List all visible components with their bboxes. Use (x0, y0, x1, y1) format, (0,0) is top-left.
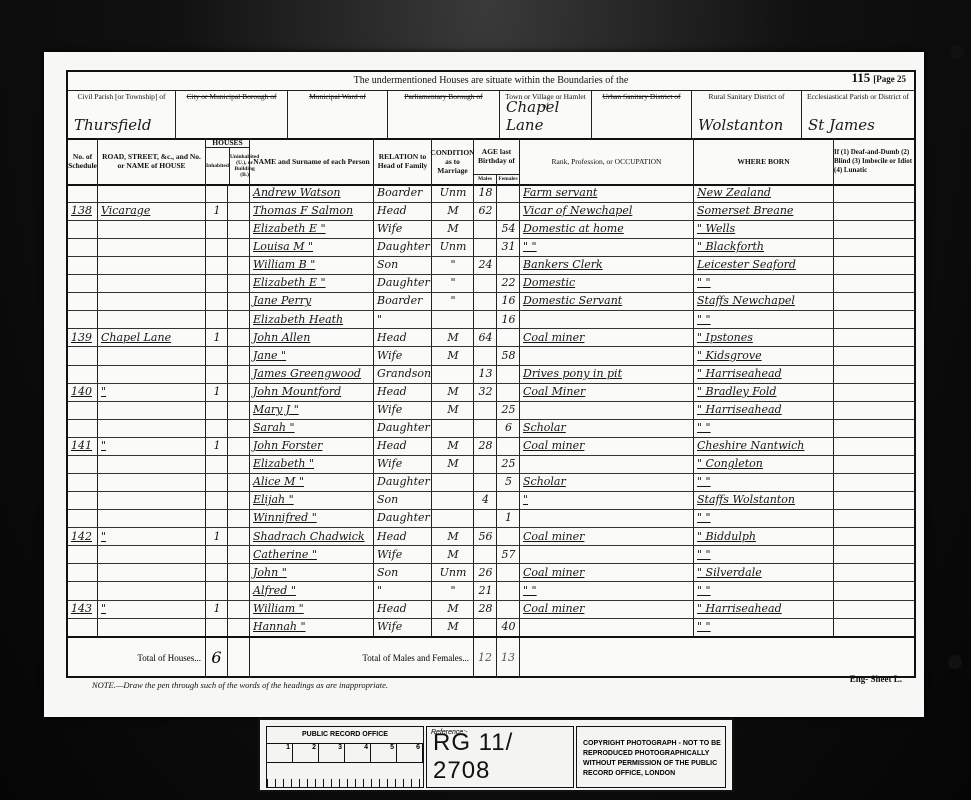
cell-inhabited: 1 (206, 600, 228, 619)
loc-label: Urban Sanitary District of (595, 92, 688, 101)
cell-male: 26 (474, 564, 497, 583)
cell-male: 13 (474, 365, 497, 384)
cell-inhabited (206, 365, 228, 384)
cell-female: 31 (497, 238, 520, 257)
cell-born: Staffs Newchapel (694, 292, 834, 311)
cell-occupation: " " (520, 238, 694, 257)
scale-number: 2 (293, 744, 319, 762)
cell-relation: Head (374, 528, 432, 547)
cell-name: John Forster (250, 437, 374, 456)
cell-name: Mary J " (250, 401, 374, 420)
cell-relation: Wife (374, 401, 432, 420)
cell-born: " Harriseahead (694, 401, 834, 420)
loc-value: Thursfield (74, 116, 151, 134)
ruler-scale (267, 763, 423, 787)
cell-schedule (68, 582, 98, 601)
cell-born: Somerset Breane (694, 202, 834, 221)
cell-condition (432, 491, 474, 510)
scale-number: 5 (371, 744, 397, 762)
cell-female (497, 184, 520, 203)
cell-name: James Greengwood (250, 365, 374, 384)
loc-urban-sanitary: Urban Sanitary District of (592, 90, 692, 138)
cell-male (474, 473, 497, 492)
cell-occupation: Coal miner (520, 528, 694, 547)
cell-female: 1 (497, 509, 520, 528)
loc-town-village: Town or Village or Hamlet ofChapel Lane (500, 90, 592, 138)
cell-female: 25 (497, 455, 520, 474)
cell-name: Louisa M " (250, 238, 374, 257)
cell-condition (432, 419, 474, 438)
col-schedule: No. of Schedule (68, 138, 98, 184)
cell-occupation: Coal miner (520, 329, 694, 348)
cell-schedule: 138 (68, 202, 98, 221)
table-row: Jane PerryBoarder"16Domestic ServantStaf… (68, 292, 914, 311)
scale-number: 6 (397, 744, 423, 762)
cell-schedule (68, 184, 98, 203)
loc-label: Rural Sanitary District of (695, 92, 798, 101)
cell-female: 25 (497, 401, 520, 420)
cell-inhabited: 1 (206, 329, 228, 348)
cell-born: New Zealand (694, 184, 834, 203)
cell-relation: Daughter (374, 274, 432, 293)
totals-row: Total of Houses... 6 Total of Males and … (68, 636, 914, 678)
cell-relation: Daughter (374, 238, 432, 257)
table-row: Alice M "Daughter5Scholar" " (68, 473, 914, 492)
table-row: Winnifred "Daughter1" " (68, 509, 914, 528)
cell-male: 32 (474, 383, 497, 402)
scale-number: 3 (319, 744, 345, 762)
cell-condition: M (432, 618, 474, 637)
cell-occupation (520, 311, 694, 330)
cell-female: 22 (497, 274, 520, 293)
cell-born: " Silverdale (694, 564, 834, 583)
cell-condition: M (432, 401, 474, 420)
cell-road (98, 274, 206, 293)
cell-schedule (68, 455, 98, 474)
cell-name: William " (250, 600, 374, 619)
total-houses-label: Total of Houses... (68, 638, 206, 678)
cell-road (98, 401, 206, 420)
cell-schedule (68, 491, 98, 510)
column-headers: No. of Schedule ROAD, STREET, &c., and N… (68, 138, 914, 186)
cell-name: Hannah " (250, 618, 374, 637)
divider (228, 638, 250, 678)
cell-male (474, 455, 497, 474)
cell-schedule (68, 238, 98, 257)
females-label: Females (497, 175, 519, 184)
cell-road (98, 220, 206, 239)
cell-inhabited (206, 509, 228, 528)
cell-born: " Ipstones (694, 329, 834, 348)
cell-occupation: Coal miner (520, 437, 694, 456)
cell-relation: Head (374, 383, 432, 402)
cell-male: 4 (474, 491, 497, 510)
cell-female: 16 (497, 292, 520, 311)
cell-born: Staffs Wolstanton (694, 491, 834, 510)
cell-name: Andrew Watson (250, 184, 374, 203)
cell-schedule (68, 509, 98, 528)
cell-female (497, 202, 520, 221)
cell-born: " " (694, 546, 834, 565)
cell-inhabited (206, 292, 228, 311)
col-occupation: Rank, Profession, or OCCUPATION (520, 138, 694, 184)
cell-female (497, 564, 520, 583)
cell-condition: M (432, 546, 474, 565)
cell-road (98, 256, 206, 275)
loc-civil-parish: Civil Parish [or Township] ofThursfield (68, 90, 176, 138)
loc-label: Civil Parish [or Township] of (71, 92, 172, 101)
table-row: Elizabeth "WifeM25" Congleton (68, 455, 914, 474)
table-row: Mary J "WifeM25" Harriseahead (68, 401, 914, 420)
col-name: NAME and Surname of each Person (250, 138, 374, 184)
cell-male: 56 (474, 528, 497, 547)
cell-road: Vicarage (98, 202, 206, 221)
cell-condition: Unm (432, 184, 474, 203)
census-page: The undermentioned Houses are situate wi… (44, 52, 924, 717)
cell-occupation: Farm servant (520, 184, 694, 203)
col-where-born: WHERE BORN (694, 138, 834, 184)
cell-male (474, 401, 497, 420)
reference-value: RG 11/ 2708 (433, 729, 573, 785)
cell-schedule: 142 (68, 528, 98, 547)
cell-occupation: Scholar (520, 419, 694, 438)
table-row: Elijah "Son4"Staffs Wolstanton (68, 491, 914, 510)
table-row: Louisa M "DaughterUnm31" "" Blackforth (68, 238, 914, 257)
table-row: 142"1Shadrach ChadwickHeadM56Coal miner"… (68, 528, 914, 547)
table-row: 143"1William "HeadM28Coal miner" Harrise… (68, 600, 914, 619)
page-label: [Page 25 (873, 74, 906, 84)
cell-born: Cheshire Nantwich (694, 437, 834, 456)
cell-occupation: Domestic at home (520, 220, 694, 239)
cell-male (474, 292, 497, 311)
loc-label: Ecclesiastical Parish or District of (805, 92, 911, 101)
cell-male: 28 (474, 600, 497, 619)
cell-born: " " (694, 274, 834, 293)
cell-name: Elizabeth E " (250, 220, 374, 239)
cell-occupation: Domestic (520, 274, 694, 293)
loc-municipal-borough: City or Municipal Borough of (176, 90, 288, 138)
cell-condition: M (432, 383, 474, 402)
cell-relation: Wife (374, 347, 432, 366)
cell-female (497, 582, 520, 601)
cell-male (474, 238, 497, 257)
inhabited-label: Inhabited (206, 148, 230, 184)
cell-schedule (68, 311, 98, 330)
cell-occupation (520, 546, 694, 565)
cell-occupation: Coal miner (520, 600, 694, 619)
cell-road: " (98, 437, 206, 456)
age-label: AGE last Birthday of (474, 138, 519, 174)
cell-male: 24 (474, 256, 497, 275)
cell-road (98, 473, 206, 492)
cell-born: " Kidsgrove (694, 347, 834, 366)
cell-occupation: " (520, 491, 694, 510)
cell-inhabited (206, 274, 228, 293)
cell-relation: Wife (374, 220, 432, 239)
cell-born: " Congleton (694, 455, 834, 474)
cell-name: William B " (250, 256, 374, 275)
cell-female: 57 (497, 546, 520, 565)
cell-relation: Son (374, 564, 432, 583)
cell-road (98, 509, 206, 528)
cell-female: 6 (497, 419, 520, 438)
cell-occupation: Domestic Servant (520, 292, 694, 311)
location-header: Civil Parish [or Township] ofThursfield … (68, 90, 914, 140)
pro-scale: PUBLIC RECORD OFFICE 1 2 3 4 5 6 (266, 726, 424, 788)
table-row: Elizabeth E "WifeM54Domestic at home" We… (68, 220, 914, 239)
cell-female: 40 (497, 618, 520, 637)
cell-name: Jane " (250, 347, 374, 366)
cell-occupation: Bankers Clerk (520, 256, 694, 275)
cell-inhabited (206, 419, 228, 438)
table-row: 138Vicarage1Thomas F SalmonHeadM62Vicar … (68, 202, 914, 221)
cell-relation: Daughter (374, 473, 432, 492)
cell-female: 58 (497, 347, 520, 366)
cell-name: Catherine " (250, 546, 374, 565)
cell-schedule: 139 (68, 329, 98, 348)
cell-inhabited (206, 220, 228, 239)
census-form: The undermentioned Houses are situate wi… (66, 70, 916, 678)
cell-condition: M (432, 528, 474, 547)
cell-condition: Unm (432, 238, 474, 257)
cell-condition (432, 509, 474, 528)
cell-occupation (520, 347, 694, 366)
heading-text: The undermentioned Houses are situate wi… (354, 75, 629, 86)
cell-name: Alfred " (250, 582, 374, 601)
cell-relation: Head (374, 600, 432, 619)
cell-condition: " (432, 582, 474, 601)
cell-relation: Head (374, 437, 432, 456)
cell-name: Thomas F Salmon (250, 202, 374, 221)
cell-inhabited (206, 564, 228, 583)
office-name: PUBLIC RECORD OFFICE (267, 727, 423, 744)
cell-occupation (520, 509, 694, 528)
cell-schedule: 141 (68, 437, 98, 456)
cell-female: 54 (497, 220, 520, 239)
cell-name: Jane Perry (250, 292, 374, 311)
col-age: AGE last Birthday of Males Females (474, 138, 520, 184)
table-row: 139Chapel Lane1John AllenHeadM64Coal min… (68, 329, 914, 348)
loc-value: Chapel Lane (506, 98, 591, 134)
cell-female (497, 383, 520, 402)
cell-condition: M (432, 202, 474, 221)
cell-inhabited: 1 (206, 437, 228, 456)
cell-schedule (68, 274, 98, 293)
cell-name: Elizabeth " (250, 455, 374, 474)
cell-inhabited (206, 582, 228, 601)
cell-relation: Son (374, 491, 432, 510)
table-row: 140"1John MountfordHeadM32Coal Miner" Br… (68, 383, 914, 402)
cell-road (98, 491, 206, 510)
loc-label: Parliamentary Borough of (391, 92, 496, 101)
cell-inhabited: 1 (206, 383, 228, 402)
census-table: Andrew WatsonBoarderUnm18Farm servantNew… (68, 184, 914, 636)
cell-born: " " (694, 419, 834, 438)
cell-born: Leicester Seaford (694, 256, 834, 275)
col-relation: RELATION to Head of Family (374, 138, 432, 184)
cell-inhabited (206, 618, 228, 637)
cell-road (98, 618, 206, 637)
loc-label: City or Municipal Borough of (179, 92, 284, 101)
cell-born: " " (694, 473, 834, 492)
cell-occupation (520, 618, 694, 637)
cell-road (98, 564, 206, 583)
cell-relation: Daughter (374, 419, 432, 438)
punch-hole (948, 655, 962, 669)
cell-relation: Wife (374, 618, 432, 637)
cell-schedule (68, 256, 98, 275)
loc-value: Wolstanton (698, 116, 783, 134)
cell-male (474, 274, 497, 293)
cell-road (98, 238, 206, 257)
cell-road (98, 292, 206, 311)
cell-relation: Boarder (374, 292, 432, 311)
form-note: NOTE.—Draw the pen through such of the w… (92, 680, 388, 690)
houses-label: HOUSES (206, 138, 249, 148)
col-infirmity: If (1) Deaf-and-Dumb (2) Blind (3) Imbec… (834, 138, 914, 184)
cell-born: " Wells (694, 220, 834, 239)
cell-condition (432, 473, 474, 492)
total-females: 13 (497, 638, 520, 678)
cell-road (98, 546, 206, 565)
cell-name: Elijah " (250, 491, 374, 510)
cell-born: " Harriseahead (694, 365, 834, 384)
total-houses-value: 6 (206, 638, 228, 678)
cell-female (497, 491, 520, 510)
cell-male (474, 419, 497, 438)
cell-born: " " (694, 582, 834, 601)
cell-born: " Bradley Fold (694, 383, 834, 402)
table-row: Jane "WifeM58" Kidsgrove (68, 347, 914, 366)
cell-inhabited (206, 238, 228, 257)
col-houses: HOUSES Inhabited Uninhabited (U.), or Bu… (206, 138, 250, 184)
cell-male (474, 347, 497, 366)
cell-condition: " (432, 292, 474, 311)
cell-schedule (68, 292, 98, 311)
table-row: 141"1John ForsterHeadM28Coal minerCheshi… (68, 437, 914, 456)
cell-condition: " (432, 274, 474, 293)
cell-male: 64 (474, 329, 497, 348)
cell-road: Chapel Lane (98, 329, 206, 348)
cell-inhabited: 1 (206, 528, 228, 547)
cell-road (98, 582, 206, 601)
cell-name: Elizabeth Heath (250, 311, 374, 330)
loc-label: Municipal Ward of (291, 92, 384, 101)
cell-male: 21 (474, 582, 497, 601)
cell-road (98, 184, 206, 203)
scale-number: 4 (345, 744, 371, 762)
cell-occupation: Drives pony in pit (520, 365, 694, 384)
cell-condition: M (432, 455, 474, 474)
folio-number: 115 (851, 70, 870, 85)
cell-inhabited (206, 473, 228, 492)
loc-value: St James (808, 116, 875, 134)
cell-schedule (68, 419, 98, 438)
cell-road: " (98, 528, 206, 547)
cell-relation: Wife (374, 455, 432, 474)
cell-name: John " (250, 564, 374, 583)
cell-relation: Daughter (374, 509, 432, 528)
cell-road (98, 365, 206, 384)
cell-female (497, 528, 520, 547)
cell-born: " Biddulph (694, 528, 834, 547)
cell-occupation: Vicar of Newchapel (520, 202, 694, 221)
cell-condition: M (432, 329, 474, 348)
cell-name: Shadrach Chadwick (250, 528, 374, 547)
cell-born: " Harriseahead (694, 600, 834, 619)
reference-box: Reference:- RG 11/ 2708 (426, 726, 574, 788)
cell-relation: " (374, 582, 432, 601)
cell-occupation: " " (520, 582, 694, 601)
cell-male (474, 220, 497, 239)
cell-condition: Unm (432, 564, 474, 583)
cell-road (98, 419, 206, 438)
cell-female: 5 (497, 473, 520, 492)
loc-ecclesiastical-parish: Ecclesiastical Parish or District ofSt J… (802, 90, 914, 138)
cell-condition (432, 311, 474, 330)
cell-road (98, 347, 206, 366)
cell-schedule (68, 618, 98, 637)
cell-male: 18 (474, 184, 497, 203)
cell-female (497, 365, 520, 384)
cell-inhabited: 1 (206, 202, 228, 221)
cell-road (98, 455, 206, 474)
cell-relation: Wife (374, 546, 432, 565)
cell-schedule (68, 401, 98, 420)
table-row: Elizabeth Heath"16" " (68, 311, 914, 330)
cell-inhabited (206, 184, 228, 203)
cell-relation: Son (374, 256, 432, 275)
cell-born: " " (694, 311, 834, 330)
cell-road (98, 311, 206, 330)
cell-name: Alice M " (250, 473, 374, 492)
cell-occupation (520, 455, 694, 474)
cell-relation: Grandson (374, 365, 432, 384)
col-condition: CONDITION as to Marriage (432, 138, 474, 184)
table-row: Alfred """21" "" " (68, 582, 914, 601)
cell-relation: Head (374, 202, 432, 221)
cell-male (474, 546, 497, 565)
loc-parliamentary-borough: Parliamentary Borough of (388, 90, 500, 138)
cell-occupation (520, 401, 694, 420)
cell-schedule (68, 365, 98, 384)
cell-born: " " (694, 509, 834, 528)
cell-female (497, 600, 520, 619)
table-row: Catherine "WifeM57" " (68, 546, 914, 565)
page-number: 115[Page 25 (851, 69, 906, 88)
table-row: James GreengwoodGrandson13Drives pony in… (68, 365, 914, 384)
total-persons-label: Total of Males and Females... (250, 638, 474, 678)
cell-born: " Blackforth (694, 238, 834, 257)
loc-municipal-ward: Municipal Ward of (288, 90, 388, 138)
copyright-notice: COPYRIGHT PHOTOGRAPH - NOT TO BE REPRODU… (576, 726, 726, 788)
cell-inhabited (206, 455, 228, 474)
cell-schedule (68, 347, 98, 366)
cell-relation: " (374, 311, 432, 330)
cell-inhabited (206, 347, 228, 366)
cell-condition: M (432, 220, 474, 239)
loc-rural-sanitary: Rural Sanitary District ofWolstanton (692, 90, 802, 138)
cell-male (474, 618, 497, 637)
cell-occupation: Coal Miner (520, 383, 694, 402)
form-heading: The undermentioned Houses are situate wi… (68, 72, 914, 91)
cell-name: Winnifred " (250, 509, 374, 528)
cell-inhabited (206, 256, 228, 275)
cell-schedule: 143 (68, 600, 98, 619)
cell-female (497, 329, 520, 348)
sheet-label: Eng- Sheet L. (850, 674, 902, 684)
scale-numbers: 1 2 3 4 5 6 (267, 744, 423, 763)
